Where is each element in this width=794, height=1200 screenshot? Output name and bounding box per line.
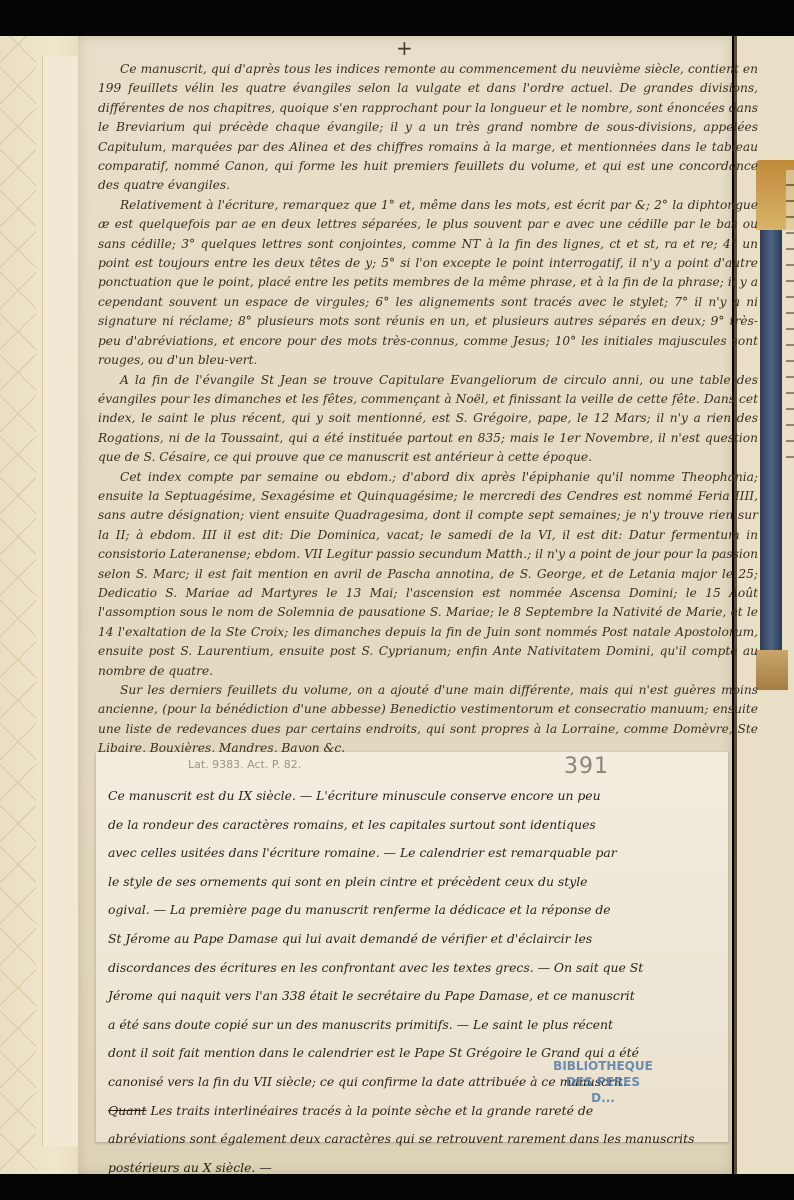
stamp-line: D... [528,1090,678,1106]
note-line-text: Les traits interlinéaires tracés à la po… [150,1103,593,1118]
note-line: Jérome qui naquit vers l'an 338 était le… [108,982,718,1011]
library-stamp: BIBLIOTHEQUE DES PERES D... [528,1058,678,1106]
note-line: Ce manuscrit est du IX siècle. — L'écrit… [108,782,718,811]
shelfmark: Lat. 9383. Act. P. 82. [188,758,301,771]
note-paragraph: Cet index compte par semaine ou ebdom.; … [98,468,758,681]
note-line: ogival. — La première page du manuscrit … [108,896,718,925]
note-line: de la rondeur des caractères romains, et… [108,811,718,840]
binding-guard-strip [42,56,80,1146]
stamp-line: DES PERES [528,1074,678,1090]
scan-bottom-border [0,1174,794,1200]
note-line: avec celles usitées dans l'écriture roma… [108,839,718,868]
note-paragraph: Relativement à l'écriture, remarquez que… [98,196,758,371]
note-line: abréviations sont également deux caractè… [108,1125,718,1154]
note-paragraph: Sur les derniers feuillets du volume, on… [98,681,758,759]
note-line: St Jérome au Pape Damase qui lui avait d… [108,925,718,954]
illuminated-column-base [756,650,788,690]
note-paragraph: Ce manuscrit, qui d'après tous les indic… [98,60,758,196]
illuminated-canon-table [756,160,794,700]
pasted-note-body: Ce manuscrit est du IX siècle. — L'écrit… [108,782,718,1182]
note-line: a été sans doute copié sur un des manusc… [108,1011,718,1040]
folio-number: 391 [564,754,609,779]
stamp-line: BIBLIOTHEQUE [528,1058,678,1074]
note-paragraph: A la fin de l'évangile St Jean se trouve… [98,371,758,468]
note-line: discordances des écritures en les confro… [108,954,718,983]
canon-numerals [786,170,794,470]
binding-lattice-pattern [0,36,36,1174]
illuminated-blue-column [760,230,782,650]
handwritten-main-note: Ce manuscrit, qui d'après tous les indic… [98,60,758,759]
top-cross-mark: + [396,36,413,60]
scan-top-border [0,0,794,36]
struck-word: Quant [108,1103,147,1118]
note-line: le style de ses ornements qui sont en pl… [108,868,718,897]
